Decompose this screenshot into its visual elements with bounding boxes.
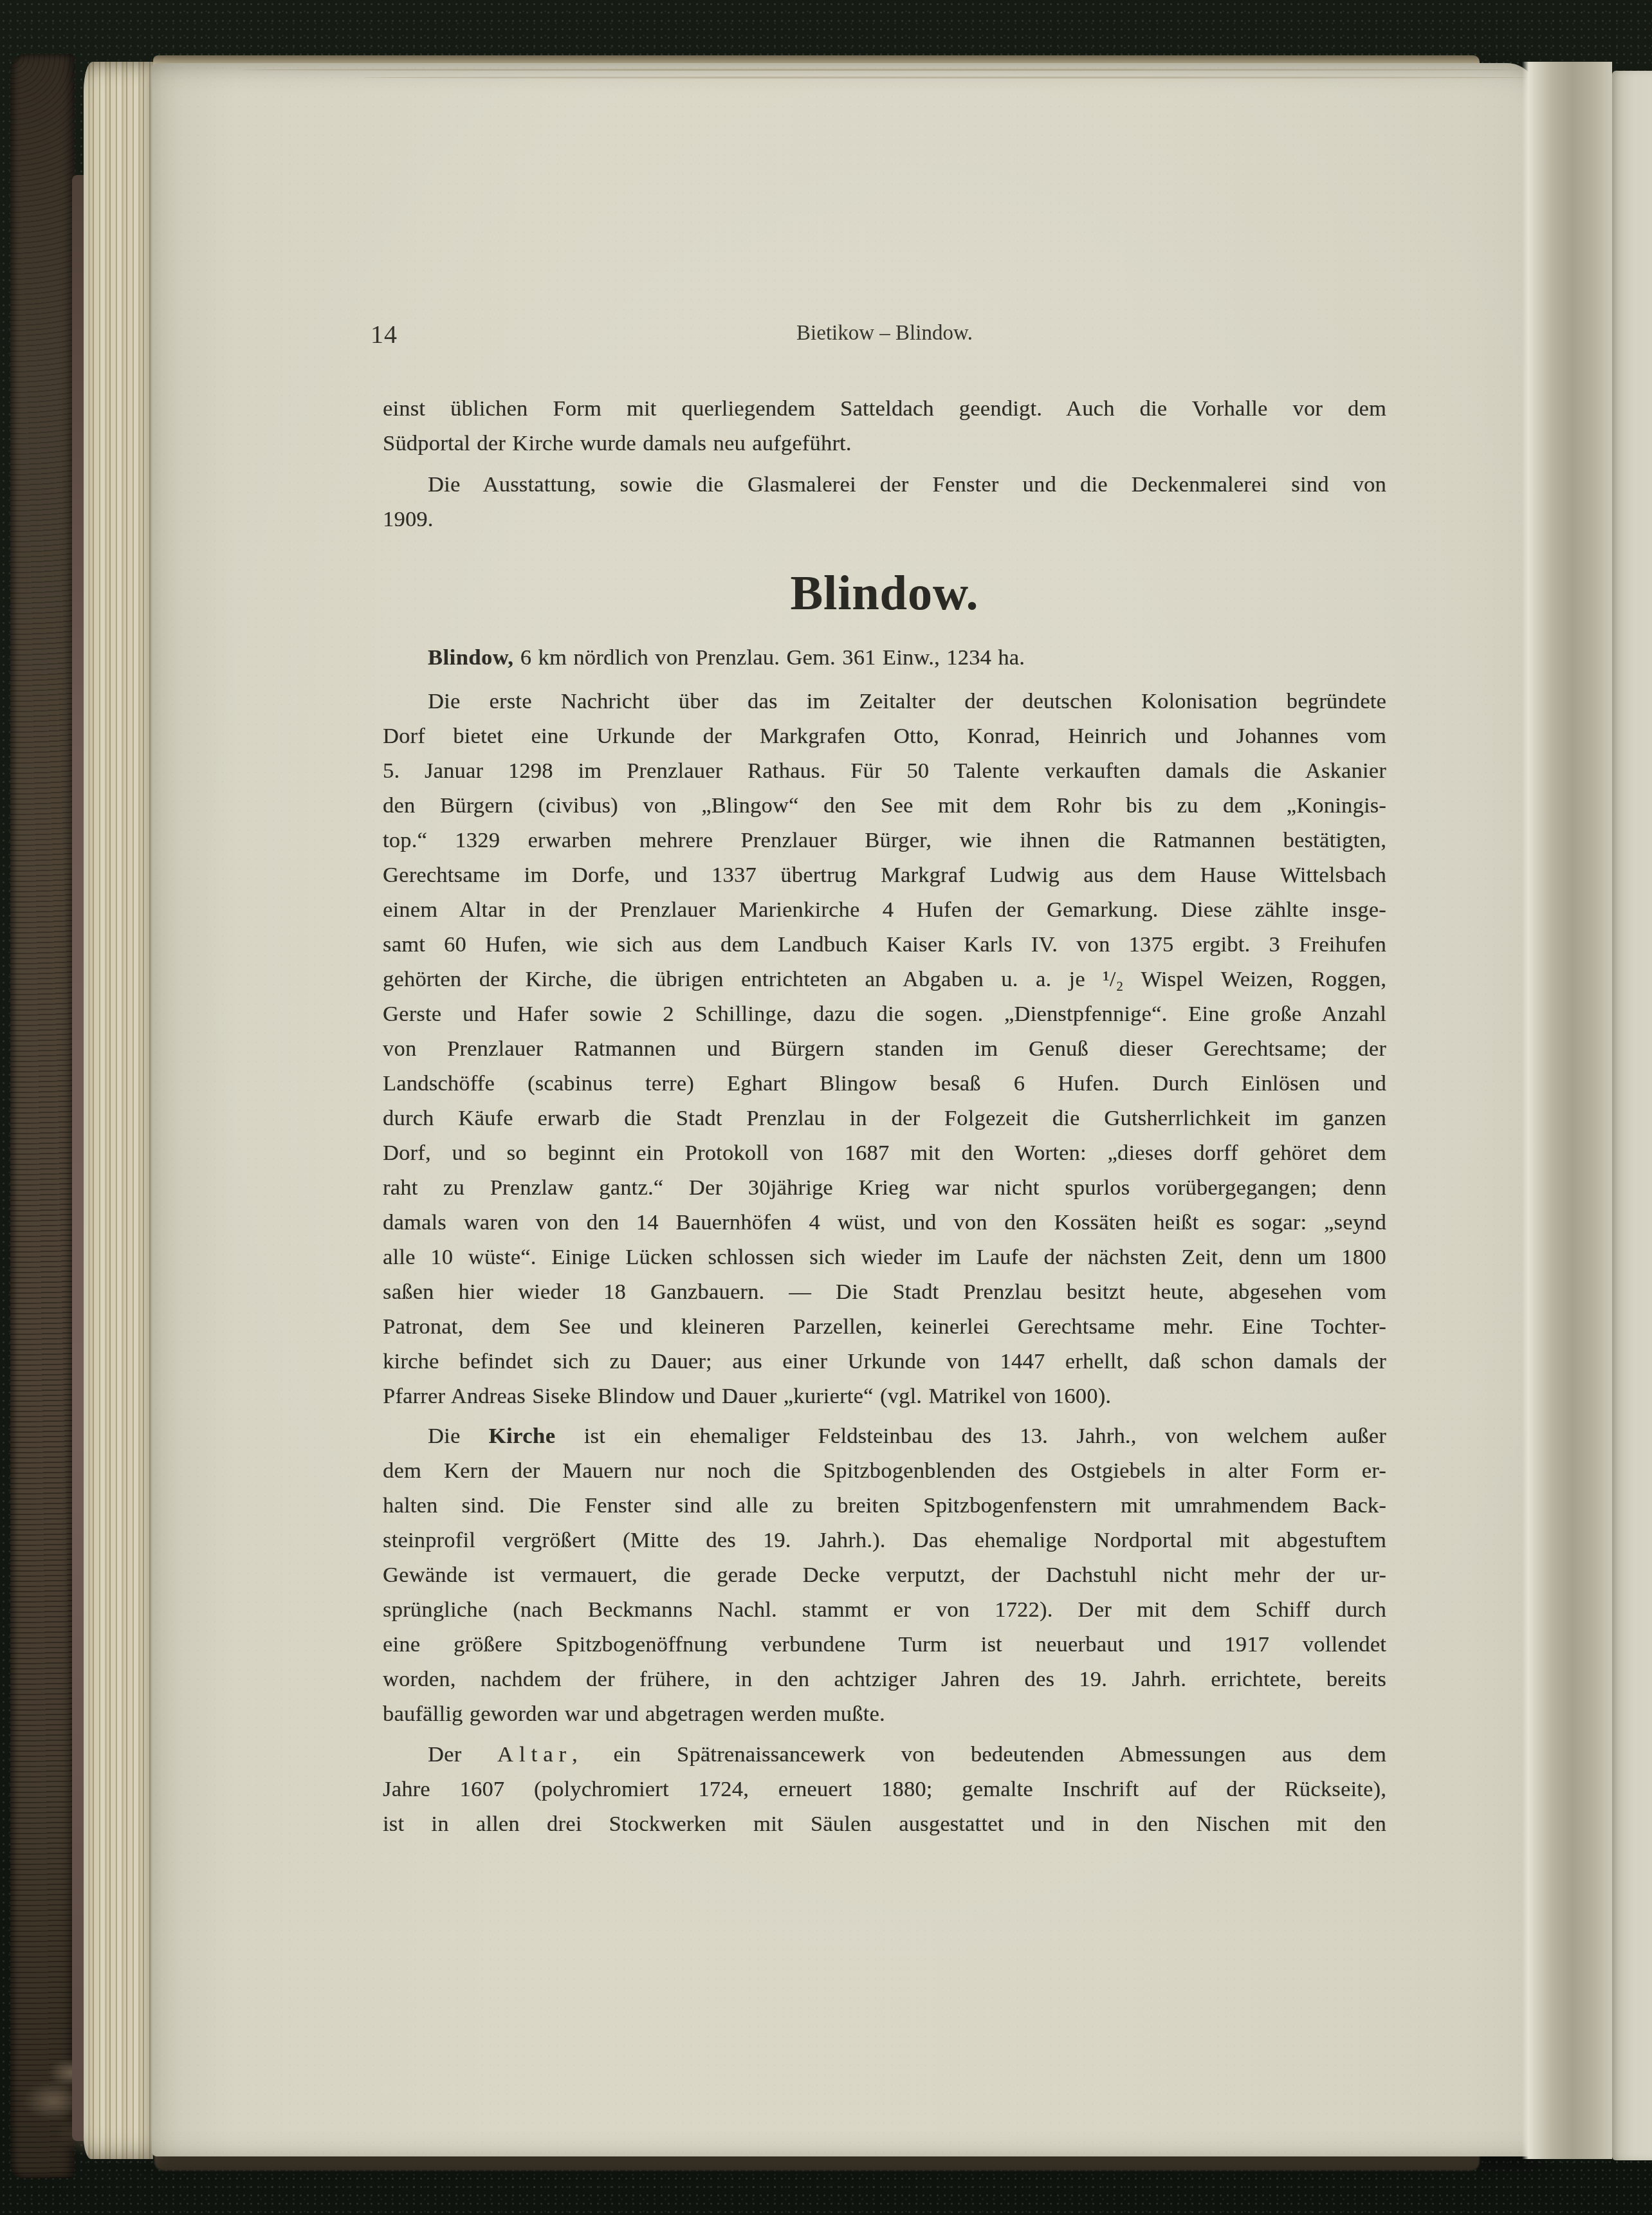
text-line: baufällig geworden war und abgetragen we…	[383, 1696, 1386, 1731]
paragraph: Die erste Nachricht über das im Zeitalte…	[383, 684, 1386, 1413]
text-line: von Prenzlauer Ratmannen und Bürgern sta…	[383, 1031, 1386, 1066]
book-spine	[10, 54, 75, 2178]
text-line: halten sind. Die Fenster sind alle zu br…	[383, 1488, 1386, 1523]
text-line: 1909.	[383, 502, 1386, 537]
running-header: Bietikow – Blindow.	[383, 322, 1386, 345]
text-line: gehörten der Kirche, die übrigen entrich…	[383, 962, 1386, 997]
text-line: damals waren von den 14 Bauernhöfen 4 wü…	[383, 1205, 1386, 1240]
bold-word: Blindow,	[428, 645, 513, 670]
text-line: eine größere Spitzbogenöffnung verbunden…	[383, 1627, 1386, 1662]
letterspaced-word: Altar	[497, 1742, 572, 1767]
text-line: raht zu Prenzlaw gantz.“ Der 30jährige K…	[383, 1170, 1386, 1205]
text-line: Die Kirche ist ein ehemaliger Feldsteinb…	[383, 1419, 1386, 1453]
text-line: Gerste und Hafer sowie 2 Schillinge, daz…	[383, 997, 1386, 1031]
text-line: Blindow, 6 km nördlich von Prenzlau. Gem…	[383, 640, 1386, 675]
paragraph: Die Kirche ist ein ehemaliger Feldsteinb…	[383, 1419, 1386, 1731]
text-line: einst üblichen Form mit querliegendem Sa…	[383, 391, 1386, 426]
page-edge-stack	[84, 62, 153, 2159]
section-heading: Blindow.	[383, 561, 1386, 640]
book-page: 14 Bietikow – Blindow. einst üblichen Fo…	[152, 63, 1537, 2156]
text-line: Dorf, und so beginnt ein Protokoll von 1…	[383, 1135, 1386, 1170]
next-page-edge	[1612, 71, 1652, 2160]
text-line: ist in allen drei Stockwerken mit Säulen…	[383, 1806, 1386, 1841]
text-line: saßen hier wieder 18 Ganzbauern. — Die S…	[383, 1274, 1386, 1309]
bold-word: Kirche	[489, 1424, 556, 1448]
text-line: steinprofil vergrößert (Mitte des 19. Ja…	[383, 1523, 1386, 1558]
text-line: den Bürgern (civibus) von „Blingow“ den …	[383, 788, 1386, 823]
text-line: Südportal der Kirche wurde damals neu au…	[383, 426, 1386, 461]
text-column: einst üblichen Form mit querliegendem Sa…	[383, 391, 1386, 1841]
text-line: sprüngliche (nach Beckmanns Nachl. stamm…	[383, 1592, 1386, 1627]
paragraph: einst üblichen Form mit querliegendem Sa…	[383, 391, 1386, 461]
text-line: einem Altar in der Prenzlauer Marienkirc…	[383, 892, 1386, 927]
text-line: top.“ 1329 erwarben mehrere Prenzlauer B…	[383, 823, 1386, 858]
text-line: Gewände ist vermauert, die gerade Decke …	[383, 1558, 1386, 1592]
page-top-edge-line	[242, 69, 1521, 71]
right-gutter-shadow	[1522, 62, 1612, 2159]
text-line: samt 60 Hufen, wie sich aus dem Landbuch…	[383, 927, 1386, 962]
text-line: durch Käufe erwarb die Stadt Prenzlau in…	[383, 1101, 1386, 1135]
text-line: worden, nachdem der frühere, in den acht…	[383, 1662, 1386, 1696]
scanned-book-page: 14 Bietikow – Blindow. einst üblichen Fo…	[0, 0, 1652, 2215]
paragraph: Die Ausstattung, sowie die Glasmalerei d…	[383, 467, 1386, 537]
text-line: Dorf bietet eine Urkunde der Markgrafen …	[383, 719, 1386, 753]
text-line: Die erste Nachricht über das im Zeitalte…	[383, 684, 1386, 719]
text-line: dem Kern der Mauern nur noch die Spitzbo…	[383, 1453, 1386, 1488]
text-line: alle 10 wüste“. Einige Lücken schlossen …	[383, 1240, 1386, 1274]
paragraph: Blindow, 6 km nördlich von Prenzlau. Gem…	[383, 640, 1386, 675]
text-line: 5. Januar 1298 im Prenzlauer Rathaus. Fü…	[383, 753, 1386, 788]
text-line: Patronat, dem See und kleineren Parzelle…	[383, 1309, 1386, 1344]
text-line: Die Ausstattung, sowie die Glasmalerei d…	[383, 467, 1386, 502]
text-line: Der Altar, ein Spätrenaissancewerk von b…	[383, 1737, 1386, 1772]
paragraph: Der Altar, ein Spätrenaissancewerk von b…	[383, 1737, 1386, 1841]
text-line: Pfarrer Andreas Siseke Blindow und Dauer…	[383, 1379, 1386, 1413]
text-line: Landschöffe (scabinus terre) Eghart Blin…	[383, 1066, 1386, 1101]
page-top-edge-line	[364, 77, 1530, 78]
text-line: kirche befindet sich zu Dauer; aus einer…	[383, 1344, 1386, 1379]
text-line: Jahre 1607 (polychromiert 1724, erneuert…	[383, 1772, 1386, 1806]
text-line: Gerechtsame im Dorfe, und 1337 übertrug …	[383, 858, 1386, 892]
